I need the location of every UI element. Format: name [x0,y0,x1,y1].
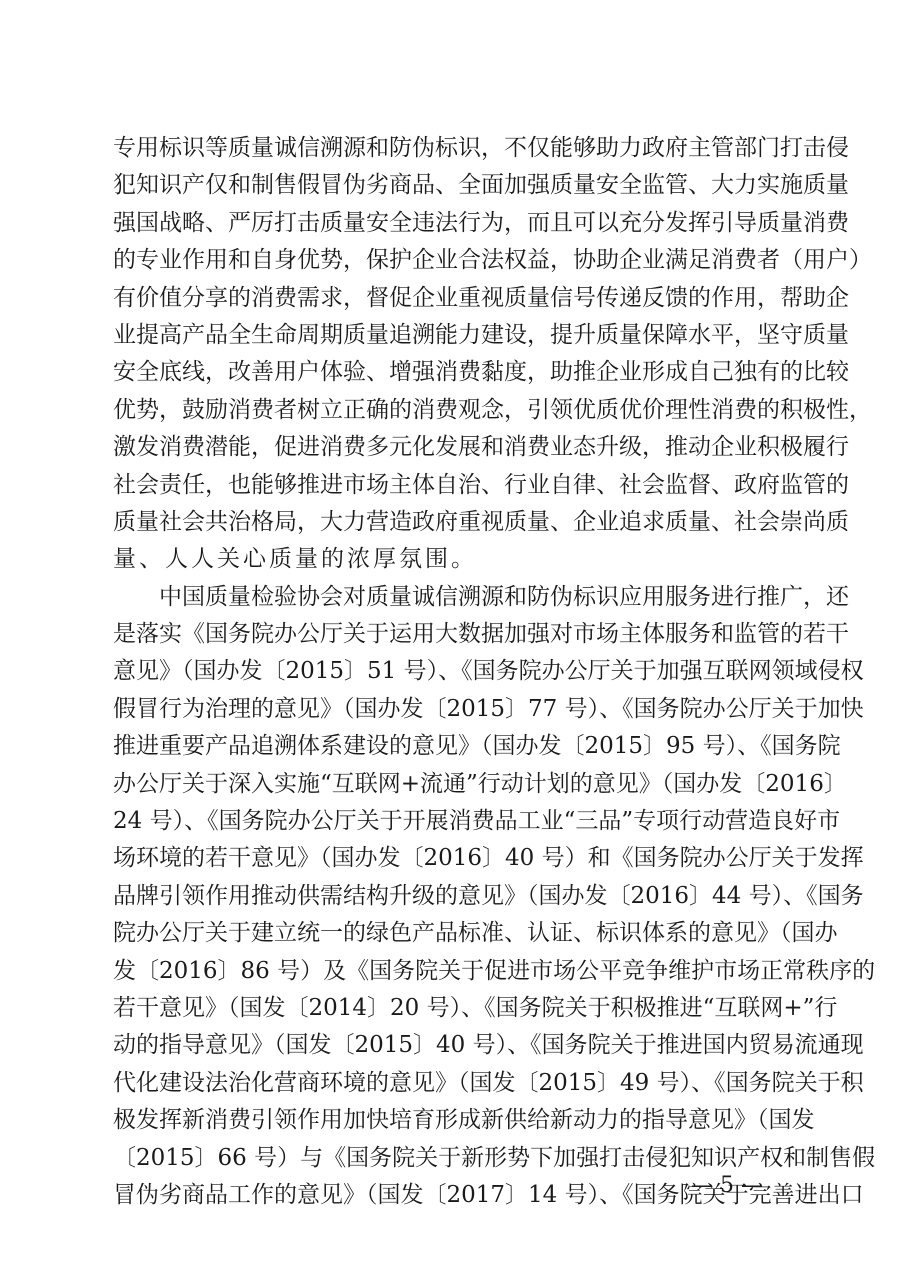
text-line: 社会责任，也能够推进市场主体自治、行业自律、社会监督、政府监管的 [113,467,789,504]
paragraph-1: 专用标识等质量诚信溯源和防伪标识，不仅能够助力政府主管部门打击侵 犯知识产仅和制… [113,130,791,579]
text-line: 强国战略、严厉打击质量安全违法行为，而且可以充分发挥引导质量消费 [113,205,789,242]
text-line: 优势，鼓励消费者树立正确的消费观念，引领优质优价理性消费的积极性， [113,392,789,429]
body-text: 专用标识等质量诚信溯源和防伪标识，不仅能够助力政府主管部门打击侵 犯知识产仅和制… [113,130,791,1214]
text-line: 量、人人关心质量的浓厚氛围。 [113,541,789,578]
text-line: 安全底线，改善用户体验、增强消费黏度，助推企业形成自己独有的比较 [113,354,789,391]
text-line: 若干意见》（国发〔2014〕20 号）、《国务院关于积极推进“互联网+”行 [113,990,789,1027]
text-line: 业提高产品全生命周期质量追溯能力建设，提升质量保障水平，坚守质量 [113,317,789,354]
text-line: 激发消费潜能，促进消费多元化发展和消费业态升级，推动企业积极履行 [113,429,789,466]
text-line-indented: 中国质量检验协会对质量诚信溯源和防伪标识应用服务进行推广，还 [113,579,789,616]
page-number: — 5 — [688,1173,766,1199]
text-line: 质量社会共治格局，大力营造政府重视质量、企业追求质量、社会崇尚质 [113,504,789,541]
text-line: 〔2015〕66 号）与《国务院关于新形势下加强打击侵犯知识产权和制售假 [113,1140,789,1177]
paragraph-2: 中国质量检验协会对质量诚信溯源和防伪标识应用服务进行推广，还 是落实《国务院办公… [113,579,791,1215]
document-page: 专用标识等质量诚信溯源和防伪标识，不仅能够助力政府主管部门打击侵 犯知识产仅和制… [0,0,900,1273]
text-line: 专用标识等质量诚信溯源和防伪标识，不仅能够助力政府主管部门打击侵 [113,130,789,167]
text-line: 意见》（国办发〔2015〕51 号）、《国务院办公厅关于加强互联网领域侵权 [113,653,789,690]
text-line: 假冒行为治理的意见》（国办发〔2015〕77 号）、《国务院办公厅关于加快 [113,691,789,728]
text-line: 24 号）、《国务院办公厅关于开展消费品工业“三品”专项行动营造良好市 [113,803,789,840]
text-line: 办公厅关于深入实施“互联网+流通”行动计划的意见》（国办发〔2016〕 [113,766,789,803]
text-line: 院办公厅关于建立统一的绿色产品标准、认证、标识体系的意见》（国办 [113,915,789,952]
text-line: 动的指导意见》（国发〔2015〕40 号）、《国务院关于推进国内贸易流通现 [113,1027,789,1064]
text-line: 是落实《国务院办公厅关于运用大数据加强对市场主体服务和监管的若干 [113,616,789,653]
text-line: 犯知识产仅和制售假冒伪劣商品、全面加强质量安全监管、大力实施质量 [113,167,789,204]
text-line: 有价值分享的消费需求，督促企业重视质量信号传递反馈的作用，帮助企 [113,280,789,317]
text-line: 代化建设法治化营商环境的意见》（国发〔2015〕49 号）、《国务院关于积 [113,1065,789,1102]
text-line: 极发挥新消费引领作用加快培育形成新供给新动力的指导意见》（国发 [113,1102,789,1139]
text-line: 场环境的若干意见》（国办发〔2016〕40 号）和《国务院办公厅关于发挥 [113,840,789,877]
text-line: 推进重要产品追溯体系建设的意见》（国办发〔2015〕95 号）、《国务院 [113,728,789,765]
text-line: 发〔2016〕86 号）及《国务院关于促进市场公平竞争维护市场正常秩序的 [113,953,789,990]
text-line: 品牌引领作用推动供需结构升级的意见》（国办发〔2016〕44 号）、《国务 [113,878,789,915]
text-line: 的专业作用和自身优势，保护企业合法权益，协助企业满足消费者（用户） [113,242,789,279]
